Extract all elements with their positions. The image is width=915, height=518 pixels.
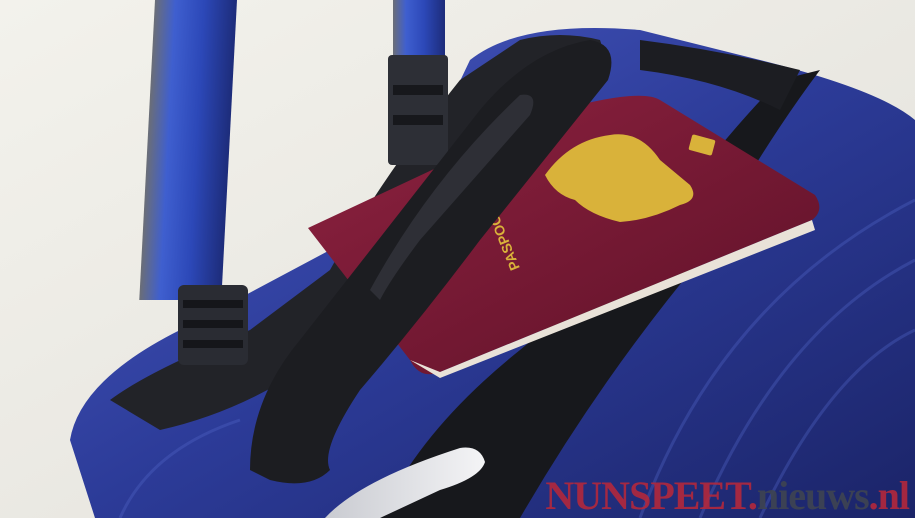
watermark-part-tld: .nl — [869, 473, 909, 518]
photo-scene: PASPOORT — [0, 0, 915, 518]
watermark-part-town: NUNSPEET. — [545, 473, 756, 518]
watermark-part-news: nieuws — [757, 473, 869, 518]
watermark-logo: NUNSPEET.nieuws.nl — [545, 476, 909, 516]
